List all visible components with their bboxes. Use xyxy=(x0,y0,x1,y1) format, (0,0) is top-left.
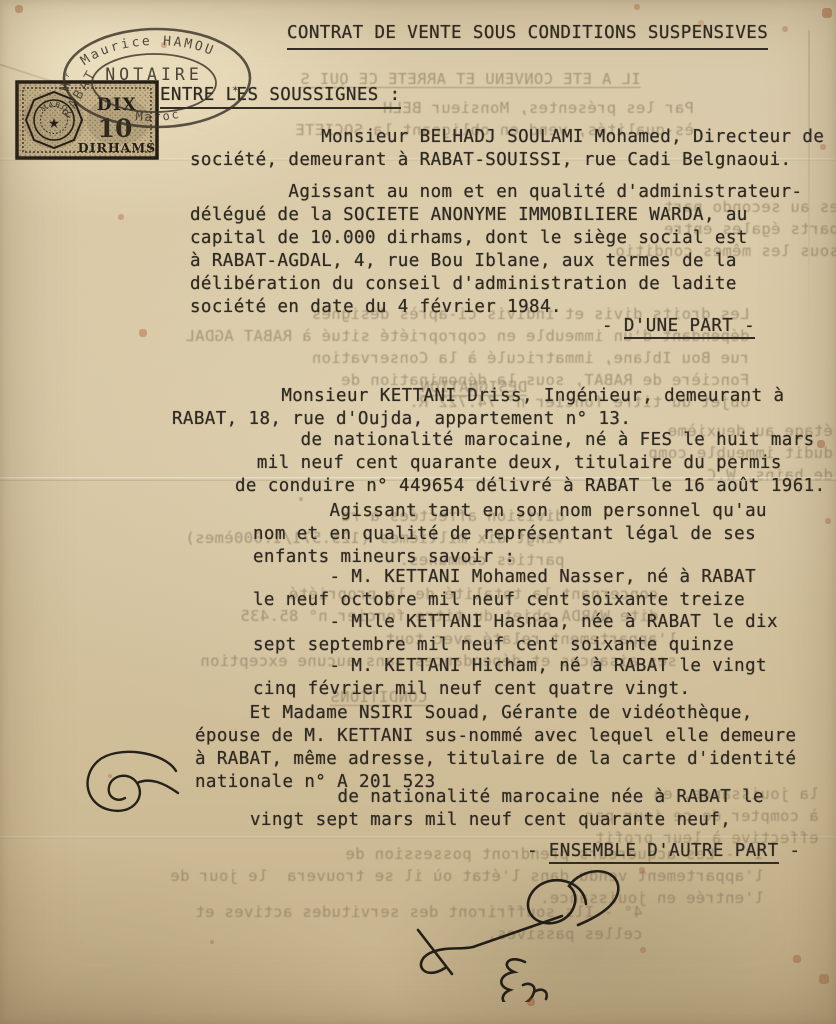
clause-suffix: - xyxy=(779,841,801,861)
signature-cross-stroke xyxy=(418,930,452,974)
notary-seal: Mʳ Maurice HAMOU NOTAIRE RABAT Maroc ✶ xyxy=(56,18,258,138)
seal-role: NOTAIRE xyxy=(105,65,203,84)
foxing-spots xyxy=(0,0,2,2)
paragraph-seller: Monsieur BELHADJ SOULAMI Mohamed, Direct… xyxy=(190,126,824,172)
clause-first-party-label: D'UNE PART - xyxy=(624,316,755,339)
clause-prefix: - xyxy=(602,316,624,336)
paragraph-buyer: Monsieur KETTANI Driss, Ingénieur, demeu… xyxy=(172,385,784,431)
child-item-1: - M. KETTANI Mohamed Nasser, né à RABAT … xyxy=(253,566,756,612)
scanned-contract-page: IL A ETE CONVENU ET ARRETE CE QUI S Par … xyxy=(0,0,836,1024)
stamp-currency: DIRHAMS xyxy=(78,140,156,155)
paper-wrinkle xyxy=(808,30,810,350)
svg-text:Maroc: Maroc xyxy=(135,107,182,124)
signature-scribble-tail xyxy=(534,990,547,999)
paper-crease xyxy=(0,836,836,839)
contract-title-text: CONTRAT DE VENTE SOUS CONDITIONS SUSPENS… xyxy=(287,23,768,50)
paraph-tail xyxy=(137,781,178,793)
contract-title: CONTRAT DE VENTE SOUS CONDITIONS SUSPENS… xyxy=(287,22,768,45)
paraph-spiral xyxy=(88,752,176,811)
signature-main xyxy=(390,852,660,1002)
signature-loop xyxy=(528,871,618,925)
seal-star-icon: ✶ xyxy=(232,82,239,95)
paragraph-spouse: Et Madame NSIRI Souad, Gérante de vidéot… xyxy=(195,702,796,794)
paragraph-spouse-identity: de nationalité marocaine née à RABAT le … xyxy=(250,786,764,832)
child-item-3: - M. KETTANI Hicham, né à RABAT le vingt… xyxy=(253,655,767,701)
signature-diagonal xyxy=(421,916,562,973)
paragraph-representation: Agissant tant en son nom personnel qu'au… xyxy=(253,500,767,569)
child-item-2: - Mlle KETTANI Hasnaa, née à RABAT le di… xyxy=(253,611,778,657)
seal-country: Maroc xyxy=(135,107,182,124)
paragraph-buyer-identity: de nationalité marocaine, né à FES le hu… xyxy=(235,429,826,498)
paragraph-company: Agissant au nom et en qualité d'administ… xyxy=(190,181,802,319)
signature-paraph xyxy=(78,745,183,825)
signature-scribble xyxy=(501,959,534,1002)
clause-first-party: - D'UNE PART - xyxy=(602,315,755,338)
